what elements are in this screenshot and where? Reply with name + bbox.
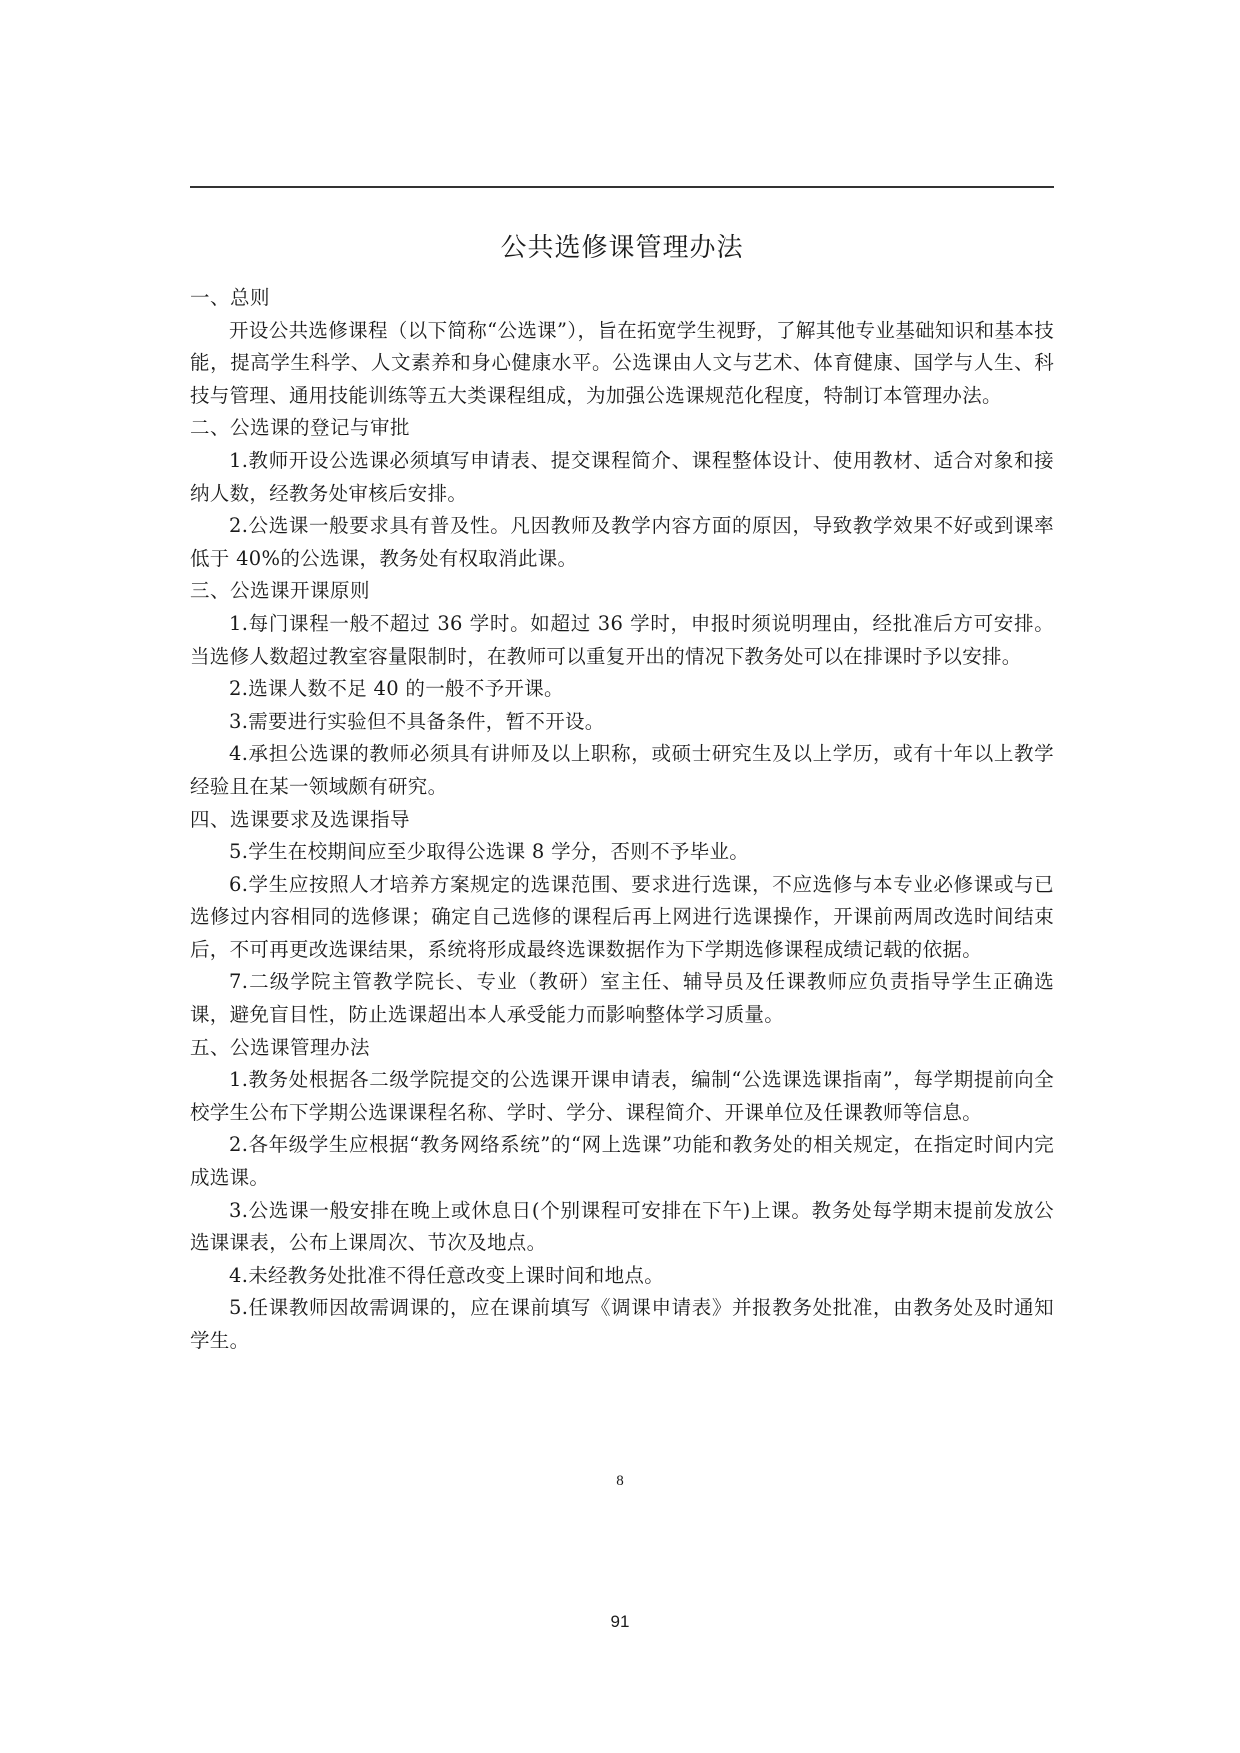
paragraph: 开设公共选修课程（以下简称“公选课”），旨在拓宽学生视野，了解其他专业基础知识和…	[190, 315, 1054, 413]
document-page: 公共选修课管理办法 一、总则 开设公共选修课程（以下简称“公选课”），旨在拓宽学…	[0, 0, 1240, 1753]
section-course-opening-principles: 三、公选课开课原则 1.每门课程一般不超过 36 学时。如超过 36 学时，申报…	[190, 575, 1054, 803]
paragraph: 2.各年级学生应根据“教务网络系统”的“网上选课”功能和教务处的相关规定，在指定…	[190, 1129, 1054, 1194]
inner-page-number: 8	[0, 1473, 1240, 1490]
section-general-principles: 一、总则 开设公共选修课程（以下简称“公选课”），旨在拓宽学生视野，了解其他专业…	[190, 282, 1054, 412]
paragraph: 1.每门课程一般不超过 36 学时。如超过 36 学时，申报时须说明理由，经批准…	[190, 608, 1054, 673]
document-body: 公共选修课管理办法 一、总则 开设公共选修课程（以下简称“公选课”），旨在拓宽学…	[190, 228, 1054, 1358]
section-registration-approval: 二、公选课的登记与审批 1.教师开设公选课必须填写申请表、提交课程简介、课程整体…	[190, 412, 1054, 575]
paragraph: 1.教务处根据各二级学院提交的公选课开课申请表，编制“公选课选课指南”，每学期提…	[190, 1064, 1054, 1129]
section-heading: 一、总则	[190, 282, 1054, 315]
section-heading: 五、公选课管理办法	[190, 1032, 1054, 1065]
paragraph: 5.学生在校期间应至少取得公选课 8 学分，否则不予毕业。	[190, 836, 1054, 869]
header-divider	[190, 186, 1054, 188]
outer-page-number: 91	[0, 1612, 1240, 1632]
paragraph: 2.公选课一般要求具有普及性。凡因教师及教学内容方面的原因，导致教学效果不好或到…	[190, 510, 1054, 575]
section-heading: 四、选课要求及选课指导	[190, 804, 1054, 837]
paragraph: 1.教师开设公选课必须填写申请表、提交课程简介、课程整体设计、使用教材、适合对象…	[190, 445, 1054, 510]
paragraph: 6.学生应按照人才培养方案规定的选课范围、要求进行选课，不应选修与本专业必修课或…	[190, 869, 1054, 967]
paragraph: 7.二级学院主管教学院长、专业（教研）室主任、辅导员及任课教师应负责指导学生正确…	[190, 966, 1054, 1031]
paragraph: 3.公选课一般安排在晚上或休息日(个别课程可安排在下午)上课。教务处每学期末提前…	[190, 1195, 1054, 1260]
paragraph: 3.需要进行实验但不具备条件，暂不开设。	[190, 706, 1054, 739]
paragraph: 4.承担公选课的教师必须具有讲师及以上职称，或硕士研究生及以上学历，或有十年以上…	[190, 738, 1054, 803]
document-title: 公共选修课管理办法	[190, 228, 1054, 268]
paragraph: 5.任课教师因故需调课的，应在课前填写《调课申请表》并报教务处批准，由教务处及时…	[190, 1292, 1054, 1357]
paragraph: 2.选课人数不足 40 的一般不予开课。	[190, 673, 1054, 706]
section-heading: 三、公选课开课原则	[190, 575, 1054, 608]
section-heading: 二、公选课的登记与审批	[190, 412, 1054, 445]
paragraph: 4.未经教务处批准不得任意改变上课时间和地点。	[190, 1260, 1054, 1293]
section-selection-requirements: 四、选课要求及选课指导 5.学生在校期间应至少取得公选课 8 学分，否则不予毕业…	[190, 804, 1054, 1032]
section-management-measures: 五、公选课管理办法 1.教务处根据各二级学院提交的公选课开课申请表，编制“公选课…	[190, 1032, 1054, 1358]
